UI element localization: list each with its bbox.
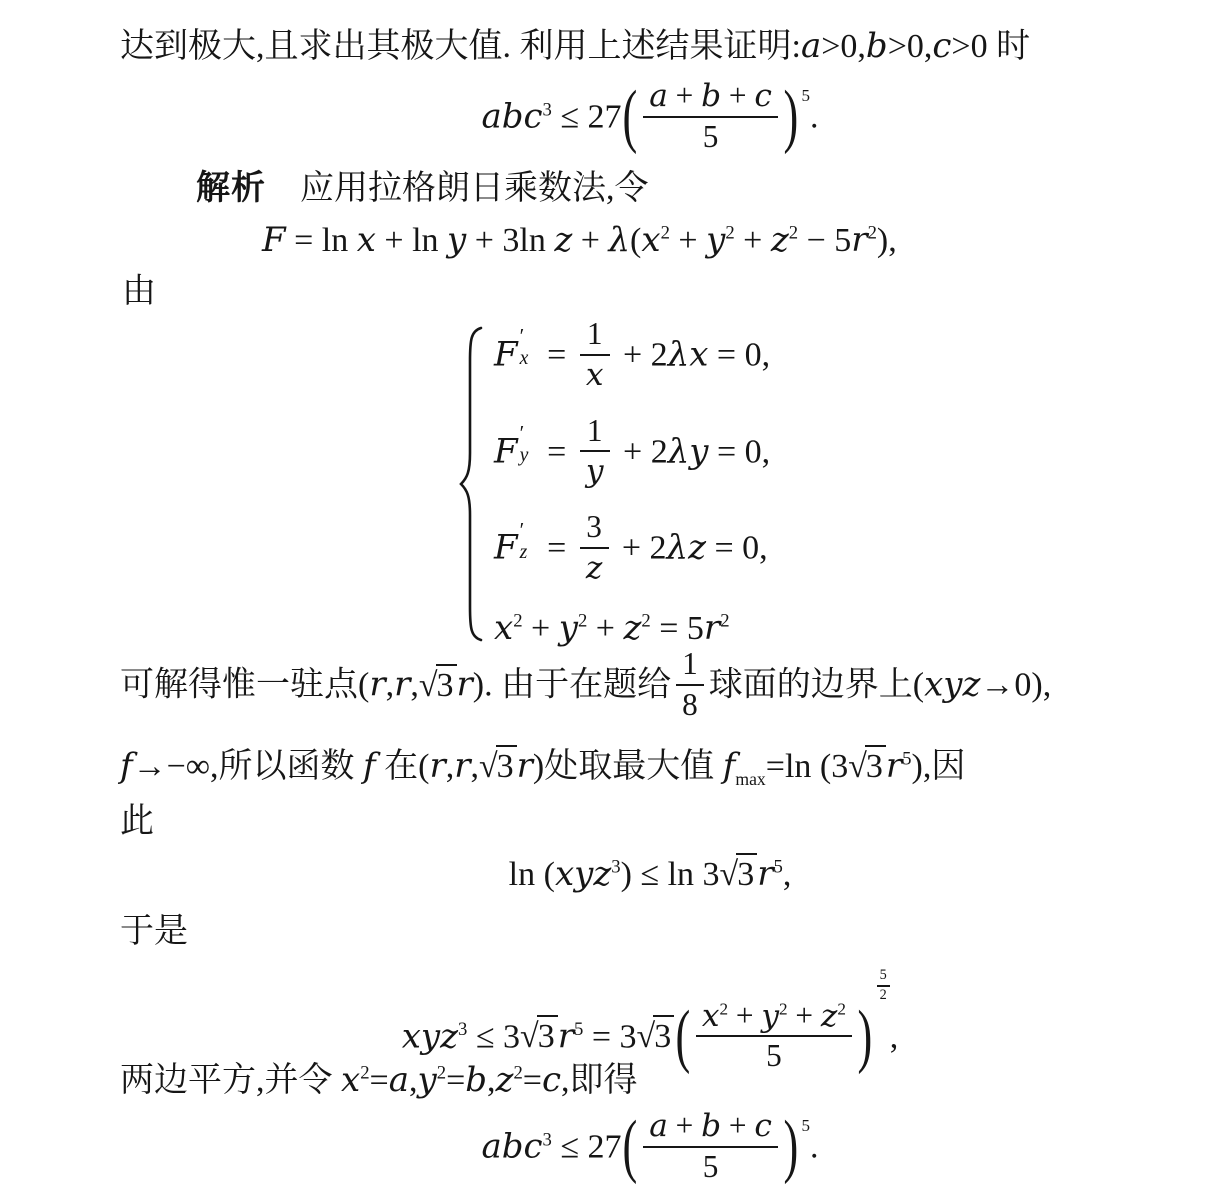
denominator: 5	[696, 1037, 853, 1073]
stationary-point-line: 可解得惟一驻点(r,r,√3r). 由于在题给18球面的边界上(xyz→0),	[120, 650, 1051, 726]
numerator: a + b + c	[643, 78, 778, 118]
denominator: z	[580, 549, 609, 585]
text-run: r	[517, 746, 533, 786]
denominator: 2	[877, 987, 890, 1004]
text-run: + 3ln	[466, 222, 554, 259]
text-run: = 3	[583, 1018, 636, 1055]
text-run: r	[457, 665, 473, 705]
radical-sign: √	[637, 1018, 655, 1055]
text-run: + 2	[615, 433, 668, 470]
text-run: r	[454, 746, 470, 786]
text-run: 达到极大,且求出其极大值. 利用上述结果证明:	[120, 28, 801, 65]
prime-subscript-stack: ′y	[518, 428, 539, 462]
text-run: >0,	[888, 28, 933, 65]
text-run: >0 时	[951, 28, 1030, 65]
big-paren: )	[858, 1006, 873, 1067]
text-run: z	[771, 220, 789, 260]
equation-lagrange-function: F = ln x + ln y + 3ln z + λ(x2 + y2 + z2…	[262, 218, 897, 263]
text-run: +	[572, 222, 608, 259]
radicand: 3	[653, 1015, 674, 1055]
scanned-textbook-page: 达到极大,且求出其极大值. 利用上述结果证明:a>0,b>0,c>0 时 abc…	[0, 0, 1223, 1193]
prime-mark: ′	[520, 325, 525, 348]
text-run: a	[649, 1108, 668, 1144]
text-run: )处取最大值	[533, 748, 723, 785]
text-run: y	[418, 1060, 437, 1100]
text-run: 可解得惟一驻点(	[120, 667, 369, 704]
text-run: →0),	[980, 667, 1051, 704]
text-run: xyz	[924, 665, 980, 705]
prime-subscript-stack: ′x	[518, 332, 539, 366]
superscript: 2	[513, 611, 522, 632]
fraction: 3z	[580, 509, 609, 585]
text-run: ),	[877, 222, 897, 259]
text-run: +	[670, 222, 706, 259]
superscript: 2	[437, 1063, 446, 1084]
system-rows: F′x = 1x + 2λx = 0, F′y = 1y + 2λy = 0, …	[494, 320, 770, 647]
radical-sign: √	[520, 1018, 538, 1055]
text-run: λz	[667, 528, 706, 568]
radicand: 3	[865, 745, 886, 785]
text-run: f	[363, 746, 376, 786]
superscript: 2	[578, 611, 587, 632]
text-run: +	[523, 610, 559, 647]
text-run: xyz	[402, 1016, 458, 1056]
text-run: →−∞,所以函数	[133, 748, 363, 785]
text-run: f	[723, 746, 736, 786]
fraction: 1y	[580, 413, 610, 489]
text-run: x	[341, 1060, 360, 1100]
text-run: ,	[487, 1062, 496, 1099]
text-run: = ln	[286, 222, 357, 259]
text-run: x	[494, 608, 513, 648]
text-run: 两边平方,并令	[120, 1062, 341, 1099]
text-run: +	[668, 1108, 701, 1143]
text-run: r	[558, 1016, 574, 1056]
text-yushi: 于是	[120, 910, 188, 954]
superscript: 2	[641, 611, 650, 632]
text-run: +	[721, 1108, 754, 1143]
text-run: z	[554, 220, 572, 260]
fraction: 18	[676, 646, 704, 722]
variable-subscript: z	[520, 542, 528, 564]
text-run: abc	[481, 1127, 542, 1167]
text-run: xyz	[555, 854, 611, 894]
text-run: =	[539, 337, 575, 374]
text-run: F	[262, 220, 286, 260]
numerator: x2 + y2 + z2	[696, 998, 853, 1038]
text-run: =	[370, 1062, 389, 1099]
text-run: +	[728, 998, 761, 1033]
big-paren: (	[622, 86, 637, 147]
text-run: = 0,	[706, 530, 768, 567]
text-run: +	[735, 222, 771, 259]
superscript: 2	[513, 1063, 522, 1084]
numerator: 3	[580, 509, 609, 549]
text-run: + 2	[615, 337, 668, 374]
text-run: 应用拉格朗日乘数法,令	[266, 170, 649, 207]
text-run: ,	[446, 748, 455, 785]
text-run: ) ≤ ln 3	[621, 856, 720, 893]
left-brace	[458, 325, 484, 643]
text-run: r	[369, 665, 385, 705]
text-run: +	[587, 610, 623, 647]
radicand: 3	[537, 1015, 558, 1055]
text-run: ,	[783, 856, 792, 893]
text-run: ,	[470, 748, 479, 785]
text-run: z	[623, 608, 641, 648]
text-run: x	[702, 998, 720, 1034]
text-run: r	[851, 220, 867, 260]
numerator: 1	[580, 413, 610, 453]
text-run: λy	[668, 431, 709, 471]
text-run: b	[701, 78, 721, 114]
text-run: .	[810, 99, 819, 136]
text-run: 球面的边界上(	[709, 667, 924, 704]
text-run: z	[821, 998, 837, 1034]
radicand: 3	[736, 853, 757, 893]
text-run: = 0,	[708, 337, 770, 374]
sqrt-radical: √3	[419, 664, 457, 708]
radical-sign: √	[419, 667, 437, 704]
text-run: =	[523, 1062, 542, 1099]
text-run: 于是	[120, 913, 188, 950]
text-run: y	[559, 608, 578, 648]
sqrt-radical: √3	[848, 745, 886, 789]
prime-mark: ′	[520, 519, 525, 542]
text-run: a	[649, 78, 668, 114]
fraction: a + b + c5	[643, 78, 778, 154]
text-run: 解析	[196, 168, 266, 208]
big-paren: (	[622, 1116, 637, 1177]
sqrt-radical: √3	[479, 745, 517, 789]
text-run: z	[496, 1060, 514, 1100]
radicand: 3	[496, 745, 517, 785]
text-run: b	[701, 1108, 721, 1144]
text-run: r	[757, 854, 773, 894]
text-run: y	[447, 220, 466, 260]
text-run: +	[721, 78, 754, 113]
equation-abc-inequality-top: abc3 ≤ 27(a + b + c5)5.	[150, 82, 1150, 158]
subscript: max	[735, 769, 765, 789]
square-both-sides-line: 两边平方,并令 x2=a,y2=b,z2=c,即得	[120, 1058, 638, 1103]
text-run: ≤ 3	[467, 1018, 520, 1055]
text-run: .	[810, 1129, 819, 1166]
text-run: +	[668, 78, 701, 113]
text-run: = 5	[651, 610, 704, 647]
superscript: 2	[779, 999, 788, 1018]
variable-subscript: y	[520, 445, 529, 467]
radical-sign: √	[479, 748, 497, 785]
text-you: 由	[122, 270, 156, 314]
numerator: 5	[877, 968, 890, 987]
radicand: 3	[436, 664, 457, 704]
text-run: ,即得	[561, 1062, 638, 1099]
superscript: 2	[789, 223, 798, 244]
text-run: λ	[608, 220, 630, 260]
equation-Fx: F′x = 1x + 2λx = 0,	[494, 320, 770, 396]
equation-Fy: F′y = 1y + 2λy = 0,	[494, 417, 770, 493]
text-run: r	[429, 746, 445, 786]
text-run: (	[630, 222, 641, 259]
sqrt-radical: √3	[720, 853, 758, 897]
denominator: 5	[643, 1148, 778, 1184]
fraction: 1x	[580, 316, 610, 392]
big-paren: )	[784, 86, 799, 147]
text-run: 由	[122, 273, 156, 310]
superscript: 5	[574, 1019, 583, 1040]
text-run: ),因	[912, 748, 966, 785]
text-run: y	[706, 220, 725, 260]
text-run: 在(	[376, 748, 430, 785]
big-paren: )	[784, 1116, 799, 1177]
superscript: 2	[661, 223, 670, 244]
superscript: 2	[720, 611, 729, 632]
text-run: F	[494, 335, 518, 375]
text-run: ). 由于在题给	[473, 667, 671, 704]
text-run: + 2	[613, 530, 666, 567]
fmax-line: f→−∞,所以函数 f 在(r,r,√3r)处取最大值 fmax=ln (3√3…	[120, 744, 965, 789]
equation-ln-inequality: ln (xyz3) ≤ ln 3√3r5,	[150, 852, 1150, 897]
text-run: b	[465, 1060, 487, 1100]
text-run: f	[120, 746, 133, 786]
superscript: 3	[543, 99, 552, 120]
text-run: 此	[120, 803, 154, 840]
text-run: r	[394, 665, 410, 705]
superscript: 5	[802, 86, 811, 105]
text-run: ,	[410, 667, 419, 704]
text-run: x	[641, 220, 660, 260]
text-run: λx	[668, 335, 709, 375]
text-run: r	[886, 746, 902, 786]
numerator: 1	[676, 646, 704, 686]
text-ci: 此	[120, 800, 154, 844]
superscript: 5	[902, 749, 911, 770]
text-run: r	[704, 608, 720, 648]
superscript: 2	[837, 999, 846, 1018]
superscript: 2	[719, 999, 728, 1018]
text-run: a	[801, 26, 821, 66]
superscript: 2	[868, 223, 877, 244]
text-run: F	[494, 528, 518, 568]
variable-subscript: x	[520, 348, 529, 370]
fraction: x2 + y2 + z25	[696, 998, 853, 1074]
fraction: 52	[877, 968, 890, 1003]
superscript: 3	[458, 1019, 467, 1040]
text-run: ,	[386, 667, 395, 704]
superscript: 5	[802, 1116, 811, 1135]
text-run: =ln (3	[766, 748, 848, 785]
denominator: x	[580, 356, 610, 392]
prime-subscript-stack: ′z	[518, 525, 539, 559]
superscript: 5	[773, 857, 782, 878]
text-run: c	[754, 78, 772, 114]
prime-mark: ′	[520, 422, 525, 445]
text-run: +	[788, 998, 821, 1033]
equation-Fz: F′z = 3z + 2λz = 0,	[494, 513, 770, 589]
text-run: a	[389, 1060, 409, 1100]
text-run: F	[494, 431, 518, 471]
text-run: c	[932, 26, 951, 66]
radical-sign: √	[848, 748, 866, 785]
text-run: c	[542, 1060, 561, 1100]
big-paren: (	[675, 1006, 690, 1067]
text-run: ≤ 27	[552, 99, 622, 136]
text-run: + ln	[376, 222, 447, 259]
sqrt-radical: √3	[637, 1015, 675, 1059]
denominator: 8	[676, 686, 704, 722]
equation-abc-inequality-bottom: abc3 ≤ 27(a + b + c5)5.	[150, 1112, 1150, 1188]
text-run: ≤ 27	[552, 1129, 622, 1166]
text-run: c	[754, 1108, 772, 1144]
radical-sign: √	[720, 856, 738, 893]
superscript: 3	[543, 1129, 552, 1150]
fraction: a + b + c5	[643, 1108, 778, 1184]
superscript: 2	[360, 1063, 369, 1084]
equation-constraint: x2 + y2 + z2 = 5r2	[494, 610, 770, 647]
numerator: a + b + c	[643, 1108, 778, 1148]
text-run: =	[446, 1062, 465, 1099]
text-run: ,	[409, 1062, 418, 1099]
text-run: − 5	[798, 222, 851, 259]
equation-system: F′x = 1x + 2λx = 0, F′y = 1y + 2λy = 0, …	[458, 320, 770, 647]
text-run: y	[761, 998, 779, 1034]
text-run: ln (	[509, 856, 555, 893]
denominator: 5	[643, 118, 778, 154]
numerator: 1	[580, 316, 610, 356]
superscript: 3	[611, 857, 620, 878]
denominator: y	[580, 452, 610, 488]
text-run: abc	[481, 97, 542, 137]
intro-line: 达到极大,且求出其极大值. 利用上述结果证明:a>0,b>0,c>0 时	[120, 24, 1030, 69]
sqrt-radical: √3	[520, 1015, 558, 1059]
text-run: b	[866, 26, 888, 66]
text-run: ,	[890, 1018, 899, 1055]
text-run: x	[357, 220, 376, 260]
text-run: = 0,	[708, 433, 770, 470]
text-run: =	[539, 433, 575, 470]
superscript: 2	[725, 223, 734, 244]
text-run: >0,	[821, 28, 866, 65]
solution-analysis-line: 解析 应用拉格朗日乘数法,令	[196, 166, 649, 211]
text-run: =	[539, 530, 575, 567]
